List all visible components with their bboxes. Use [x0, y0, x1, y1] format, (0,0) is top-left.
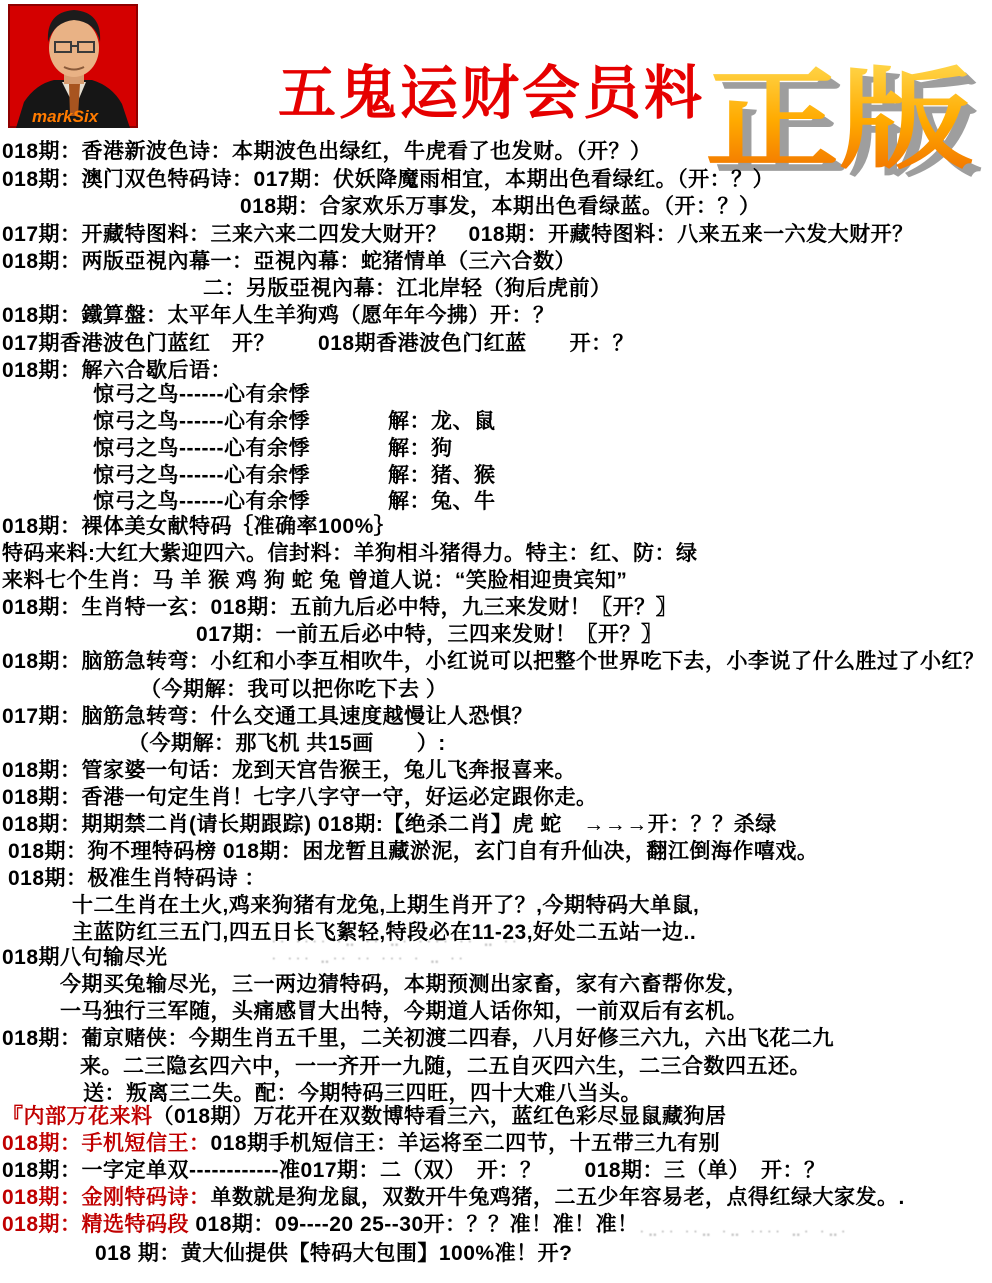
tip-line: 018期：澳门双色特码诗：017期：伏妖降魔雨相宜，本期出色看绿红。（开：？）: [2, 169, 774, 191]
section-heading: 018期八句输尽光: [2, 947, 168, 969]
tip-text: 018期：裸体美女献特码｛准确率100%｝: [2, 515, 395, 538]
riddle-answer: 解：龙、鼠: [388, 411, 496, 433]
tip-text: 018期：澳门双色特码诗：017期：伏妖降魔雨相宜，本期出色看绿红。（开：？）: [2, 168, 774, 191]
tip-line: 018期：裸体美女献特码｛准确率100%｝: [2, 516, 395, 538]
riddle-text: 惊弓之鸟------心有余悸: [93, 410, 310, 433]
tip-line: 018期：期期禁二肖(请长期跟踪) 018期:【绝杀二肖】虎 蛇 →→→开：？？…: [2, 814, 777, 836]
tip-text: （018期）万花开在双数博特看三六，蓝红色彩尽显鼠藏狗居: [153, 1105, 727, 1128]
tip-text: 018期：生肖特一玄：018期：五前九后必中特，九三来发财！〖开？〗: [2, 596, 677, 619]
tip-text: 特码来料:大红大紫迎四六。信封料：羊狗相斗猪得力。特主：红、防：绿: [2, 542, 698, 565]
tip-text: 018期：解六合歇后语：: [2, 359, 232, 382]
tip-text: 018期：鐵算盤：太平年人生羊狗鸡（愿年年今拂）开：？: [2, 304, 555, 327]
tip-line: 018期：生肖特一玄：018期：五前九后必中特，九三来发财！〖开？〗: [2, 597, 677, 619]
tip-text: 018期：葡京赌侠：今期生肖五千里，二关初渡二四春，八月好修三六九，六出飞花二九: [2, 1027, 834, 1050]
tip-label: 018期：金刚特码诗：: [2, 1186, 211, 1209]
tip-line: 特码来料:大红大紫迎四六。信封料：羊狗相斗猪得力。特主：红、防：绿: [2, 543, 698, 565]
tip-line: 018 期：黄大仙提供【特码大包围】100%准！开?: [95, 1243, 572, 1265]
tip-text: 018期：狗不理特码榜 018期：困龙暂且藏淤泥，玄门自有升仙决，翻江倒海作嘻戏…: [8, 840, 818, 863]
tip-line: 018期：管家婆一句话：龙到天宫告猴王，兔儿飞奔报喜来。: [2, 760, 576, 782]
tip-text: 018期：两版亞視內幕一：亞視內幕：蛇猪情单（三六合数）: [2, 250, 576, 273]
tip-text: （今期解：那飞机 共15画 ）:: [128, 732, 446, 755]
riddle-answer: 解：兔、牛: [388, 491, 496, 513]
riddle-line: 惊弓之鸟------心有余悸解：兔、牛: [93, 491, 310, 513]
riddle-text: 惊弓之鸟------心有余悸: [93, 464, 310, 487]
tip-line: 018期：手机短信王：018期手机短信王：羊运将至二四节，十五带三九有别: [2, 1133, 720, 1155]
badge-text: 正版: [705, 59, 973, 182]
tip-line: 018期：葡京赌侠：今期生肖五千里，二关初渡二四春，八月好修三六九，六出飞花二九: [2, 1028, 834, 1050]
tip-text: 018期：脑筋急转弯：小红和小李互相吹牛，小红说可以把整个世界吃下去，小李说了什…: [2, 650, 985, 673]
tip-line: 018期：狗不理特码榜 018期：困龙暂且藏淤泥，玄门自有升仙决，翻江倒海作嘻戏…: [8, 841, 818, 863]
tip-text: 018期手机短信王：羊运将至二四节，十五带三九有别: [211, 1132, 721, 1155]
tip-line: 『内部万花来料（018期）万花开在双数博特看三六，蓝红色彩尽显鼠藏狗居: [2, 1106, 727, 1128]
tip-line: 017期：一前五后必中特，三四来发财！〖开？〗: [196, 624, 663, 646]
tip-line: 018期：香港一句定生肖！七字八字守一守，好运必定跟你走。: [2, 787, 598, 809]
tip-line: 018期：极准生肖特码诗 ：: [8, 868, 266, 890]
tip-line: （今期解：我可以把你吃下去 ）: [140, 679, 447, 701]
tip-line: （今期解：那飞机 共15画 ）:: [128, 733, 446, 755]
tip-text: 018期：香港一句定生肖！七字八字守一守，好运必定跟你走。: [2, 786, 598, 809]
tip-label: 018期：手机短信王：: [2, 1132, 211, 1155]
tip-line: 017期：开藏特图料：三来六来二四发大财开？ 018期：开藏特图料：八来五来一六…: [2, 224, 914, 246]
riddle-text: 惊弓之鸟------心有余悸: [93, 437, 310, 460]
tip-line: 018期：两版亞視內幕一：亞視內幕：蛇猪情单（三六合数）: [2, 251, 576, 273]
photo-watermark-text: markSix: [32, 107, 100, 126]
tip-sheet-page: markSix 五鬼运财会员料 正版 正版 018期：香港新波色诗：本期波色出绿…: [0, 0, 992, 1283]
tip-line: 017期香港波色门蓝红 开？ 018期香港波色门红蓝 开：？: [2, 333, 634, 355]
tip-text: 二：另版亞視內幕：江北岸轻（狗后虎前）: [203, 277, 612, 300]
tip-text: 018期：香港新波色诗：本期波色出绿红，牛虎看了也发财。（开？）: [2, 140, 652, 163]
blurred-watermark: · ··· ‥·· ·· ··· · ‥ ··: [272, 951, 467, 967]
riddle-line: 惊弓之鸟------心有余悸: [93, 384, 310, 406]
riddle-text: 惊弓之鸟------心有余悸: [93, 383, 310, 406]
riddle-line: 惊弓之鸟------心有余悸解：猪、猴: [93, 465, 310, 487]
page-title: 五鬼运财会员料: [278, 46, 705, 130]
tip-line: 来料七个生肖：马 羊 猴 鸡 狗 蛇 兔 曾道人说：“笑脸相迎贵宾知”: [2, 570, 627, 592]
tip-line: 二：另版亞視內幕：江北岸轻（狗后虎前）: [203, 278, 612, 300]
tip-text: 送：叛离三二失。配：今期特码三四旺，四十大难八当头。: [83, 1082, 642, 1105]
face: [49, 19, 99, 77]
tip-line: 今期买兔输尽光，三一两边猜特码，本期预测出家畜，家有六畜帮你发，: [60, 974, 748, 996]
blurred-watermark: ·· ···· ·‥ ·· ‥· ···· ·· ‥ ··: [272, 934, 521, 950]
tip-line: 018期：金刚特码诗：单数就是狗龙鼠，双数开牛兔鸡猪，二五少年容易老，点得红绿大…: [2, 1187, 905, 1209]
tip-text: 017期：脑筋急转弯：什么交通工具速度越慢让人恐惧？: [2, 705, 533, 728]
tip-line: 017期：脑筋急转弯：什么交通工具速度越慢让人恐惧？: [2, 706, 533, 728]
tip-text: 018期：一字定单双------------准017期：二（双） 开：？ 018…: [2, 1159, 826, 1182]
tip-text: （今期解：我可以把你吃下去 ）: [140, 678, 447, 701]
riddle-answer: 解：狗: [388, 438, 453, 460]
tip-line: 一马独行三军随，头痛感冒大出特，今期道人话你知，一前双后有玄机。: [60, 1001, 748, 1023]
tip-text: 018期八句输尽光: [2, 946, 168, 969]
tip-line: 018期：鐵算盤：太平年人生羊狗鸡（愿年年今拂）开：？: [2, 305, 555, 327]
portrait-photo: markSix: [8, 4, 138, 128]
tip-line: 018期：精选特码段 018期：09----20 25--30开：？？准！准！准…: [2, 1214, 639, 1236]
tip-text: 018期：极准生肖特码诗 ：: [8, 867, 266, 890]
tip-line: 018期：合家欢乐万事发，本期出色看绿蓝。（开：？）: [240, 196, 761, 218]
tip-text: 018 期：黄大仙提供【特码大包围】100%准！开?: [95, 1242, 572, 1265]
riddle-answer: 解：猪、猴: [388, 465, 496, 487]
section-heading: 018期：解六合歇后语：: [2, 360, 232, 382]
tip-label: 『内部万花来料: [2, 1105, 153, 1128]
tip-text: 017期：一前五后必中特，三四来发财！〖开？〗: [196, 623, 663, 646]
tip-text: 018期：合家欢乐万事发，本期出色看绿蓝。（开：？）: [240, 195, 761, 218]
tip-line: 来。二三隐玄四六中，一一齐开一九随，二五自灭四六生，二三合数四五还。: [80, 1056, 811, 1078]
tip-label: 018期：精选特码段: [2, 1213, 189, 1236]
tip-line: 018期：一字定单双------------准017期：二（双） 开：？ 018…: [2, 1160, 826, 1182]
tip-text: 来料七个生肖：马 羊 猴 鸡 狗 蛇 兔 曾道人说：“笑脸相迎贵宾知”: [2, 569, 627, 592]
tip-text: 018期：管家婆一句话：龙到天宫告猴王，兔儿飞奔报喜来。: [2, 759, 576, 782]
riddle-line: 惊弓之鸟------心有余悸解：龙、鼠: [93, 411, 310, 433]
tip-text: 来。二三隐玄四六中，一一齐开一九随，二五自灭四六生，二三合数四五还。: [80, 1055, 811, 1078]
tip-text: 017期：开藏特图料：三来六来二四发大财开？ 018期：开藏特图料：八来五来一六…: [2, 223, 914, 246]
riddle-line: 惊弓之鸟------心有余悸解：狗: [93, 438, 310, 460]
tip-line: 018期：脑筋急转弯：小红和小李互相吹牛，小红说可以把整个世界吃下去，小李说了什…: [2, 651, 985, 673]
tip-text: 017期香港波色门蓝红 开？ 018期香港波色门红蓝 开：？: [2, 332, 634, 355]
tip-line: 送：叛离三二失。配：今期特码三四旺，四十大难八当头。: [83, 1083, 642, 1105]
tip-line: 018期：香港新波色诗：本期波色出绿红，牛虎看了也发财。（开？）: [2, 141, 652, 163]
tip-text: 018期：09----20 25--30开：？？准！准！准！: [189, 1213, 639, 1236]
blurred-watermark: ·‥·· ··‥ ·‥ ···· ‥· ·‥·: [640, 1224, 850, 1240]
tip-text: 单数就是狗龙鼠，双数开牛兔鸡猪，二五少年容易老，点得红绿大家发。.: [211, 1186, 905, 1209]
tip-line: 十二生肖在土火,鸡来狗猪有龙兔,上期生肖开了？,今期特码大单鼠,: [72, 895, 699, 917]
tip-text: 018期：期期禁二肖(请长期跟踪) 018期:【绝杀二肖】虎 蛇 →→→开：？？…: [2, 813, 777, 836]
tip-text: 今期买兔输尽光，三一两边猜特码，本期预测出家畜，家有六畜帮你发，: [60, 973, 748, 996]
tip-text: 一马独行三军随，头痛感冒大出特，今期道人话你知，一前双后有玄机。: [60, 1000, 748, 1023]
tip-text: 十二生肖在土火,鸡来狗猪有龙兔,上期生肖开了？,今期特码大单鼠,: [72, 894, 699, 917]
riddle-text: 惊弓之鸟------心有余悸: [93, 490, 310, 513]
